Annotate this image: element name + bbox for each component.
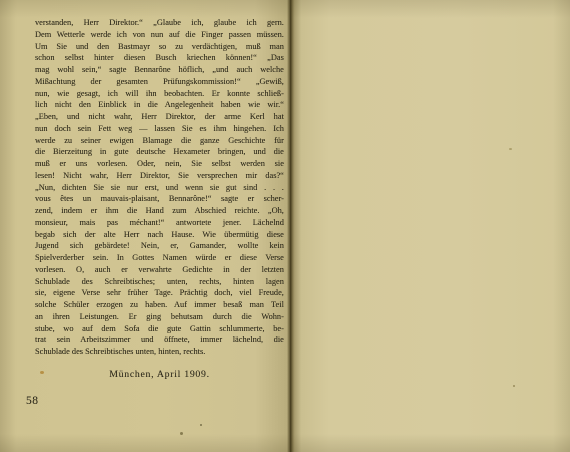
text-line: solche Schüler erzogen zu haben. Auf imm…: [35, 299, 284, 311]
text-line: sie, eigene Verse sehr früher Tage. Präc…: [35, 287, 284, 299]
text-line: Um Sie und den Bastmayr so zu verdächtig…: [35, 41, 284, 53]
text-line: an ihren Leistungen. Er ging behutsam du…: [35, 311, 284, 323]
left-page: verstanden, Herr Direktor.“ „Glaube ich,…: [0, 0, 290, 452]
text-line: Schublade des Schreibtisches; unten, rec…: [35, 276, 284, 288]
text-line: vorlesen. O, auch er verwahrte Gedichte …: [35, 264, 284, 276]
text-line: lesen! Nicht wahr, Herr Direktor, Sie ve…: [35, 170, 284, 182]
text-line: schon selbst hinter diesen Busch krieche…: [35, 52, 284, 64]
text-line: „Nun, dichten Sie sie nur erst, und wenn…: [35, 182, 284, 194]
text-line: vous êtes un mauvais-plaisant, Bennarône…: [35, 193, 284, 205]
text-line: Spielverderber sein. In Gottes Namen wür…: [35, 252, 284, 264]
text-line: verstanden, Herr Direktor.“ „Glaube ich,…: [35, 17, 284, 29]
text-line: Mißachtung der gesamten Prüfungskommissi…: [35, 76, 284, 88]
page-number: 58: [26, 395, 39, 407]
text-line: Jugend sich gebärdete! Nein, er, Gamande…: [35, 240, 284, 252]
dateline: München, April 1909.: [35, 369, 284, 380]
text-line: begab sich der alte Herr nach Hause. Wie…: [35, 229, 284, 241]
page-gutter: [287, 0, 295, 452]
book-spread: verstanden, Herr Direktor.“ „Glaube ich,…: [0, 0, 570, 452]
text-line: nun, wie gesagt, ich will ihn beobachten…: [35, 88, 284, 100]
text-line: trat sein Arbeitszimmer und öffnete, imm…: [35, 334, 284, 346]
left-page-body-text: verstanden, Herr Direktor.“ „Glaube ich,…: [35, 17, 284, 358]
text-line: stube, wo auf dem Sofa die gute Gattin s…: [35, 323, 284, 335]
text-line: monsieur, mais pas méchant!“ antwortete …: [35, 217, 284, 229]
text-line: Schublade des Schreibtisches unten, hint…: [35, 346, 284, 358]
text-line: nun doch sein Fett weg — lassen Sie es i…: [35, 123, 284, 135]
right-page: Diese Liebhaber-Ausgabe von Arnold Zweig…: [290, 0, 570, 452]
text-line: mag wohl sein,“ sagte Bennarône höflich,…: [35, 64, 284, 76]
text-line: muß er uns vorlesen. Oder, nein, Sie sel…: [35, 158, 284, 170]
text-line: lich nicht den Einblick in die Angelegen…: [35, 99, 284, 111]
text-line: zend, indem er ihm die Hand zum Abschied…: [35, 205, 284, 217]
text-line: werde zu seiner ewigen Blamage die ganze…: [35, 135, 284, 147]
text-line: Dem Wetterle werde ich von nun auf die F…: [35, 29, 284, 41]
text-line: „Eben, und nicht wahr, Herr Direktor, de…: [35, 111, 284, 123]
text-line: die Bierzeitung in gute deutsche Hexamet…: [35, 146, 284, 158]
